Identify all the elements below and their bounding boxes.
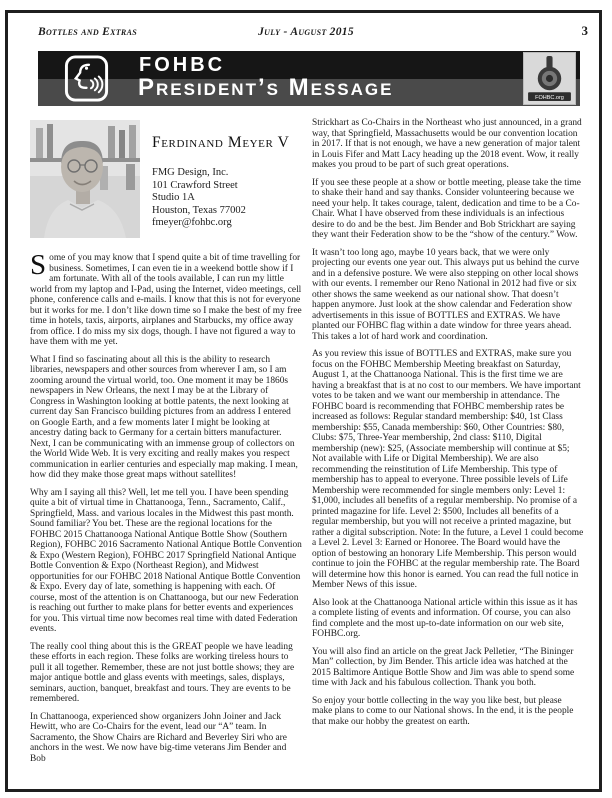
- author-name: Ferdinand Meyer V: [152, 134, 289, 152]
- title-banner: FOHBC President’s Message FOHBC.org: [38, 51, 580, 106]
- body-paragraph: You will also find an article on the gre…: [312, 647, 584, 689]
- issue-date: July - August 2015: [0, 26, 612, 38]
- address-line: fmeyer@fohbc.org: [152, 217, 289, 230]
- body-paragraph: What I find so fascinating about all thi…: [30, 355, 302, 481]
- speaking-head-icon: [64, 55, 110, 102]
- body-paragraph: The really cool thing about this is the …: [30, 642, 302, 705]
- body-paragraph: Strickhart as Co-Chairs in the Northeast…: [312, 118, 584, 171]
- fohbc-logo: FOHBC.org: [524, 53, 575, 104]
- left-column: Ferdinand Meyer V FMG Design, Inc.101 Cr…: [30, 118, 302, 771]
- body-paragraph: As you review this issue of BOTTLES and …: [312, 349, 584, 591]
- address-line: FMG Design, Inc.: [152, 167, 289, 180]
- body-paragraph: Why am I saying all this? Well, let me t…: [30, 488, 302, 635]
- address-line: 101 Crawford Street: [152, 180, 289, 193]
- author-address: FMG Design, Inc.101 Crawford StreetStudi…: [152, 167, 289, 230]
- banner-page-title: President’s Message: [138, 74, 394, 102]
- page-number: 3: [582, 23, 589, 39]
- author-block: Ferdinand Meyer V FMG Design, Inc.101 Cr…: [30, 118, 302, 253]
- body-paragraph: Also look at the Chattanooga National ar…: [312, 598, 584, 640]
- body-paragraph: It wasn’t too long ago, maybe 10 years b…: [312, 248, 584, 343]
- address-line: Houston, Texas 77002: [152, 205, 289, 218]
- body-paragraph: In Chattanooga, experienced show organiz…: [30, 712, 302, 765]
- body-paragraph: If you see these people at a show or bot…: [312, 178, 584, 241]
- body-paragraph: So enjoy your bottle collecting in the w…: [312, 696, 584, 728]
- author-portrait-photo: [30, 120, 140, 238]
- logo-caption: FOHBC.org: [535, 95, 564, 101]
- drop-cap: S: [30, 253, 49, 276]
- left-column-paragraphs: What I find so fascinating about all thi…: [30, 355, 302, 765]
- right-column: Strickhart as Co-Chairs in the Northeast…: [312, 118, 584, 734]
- lead-paragraph-text: ome of you may know that I spend quite a…: [30, 253, 302, 347]
- lead-paragraph: Some of you may know that I spend quite …: [30, 253, 302, 348]
- right-column-paragraphs: Strickhart as Co-Chairs in the Northeast…: [312, 118, 584, 727]
- address-line: Studio 1A: [152, 192, 289, 205]
